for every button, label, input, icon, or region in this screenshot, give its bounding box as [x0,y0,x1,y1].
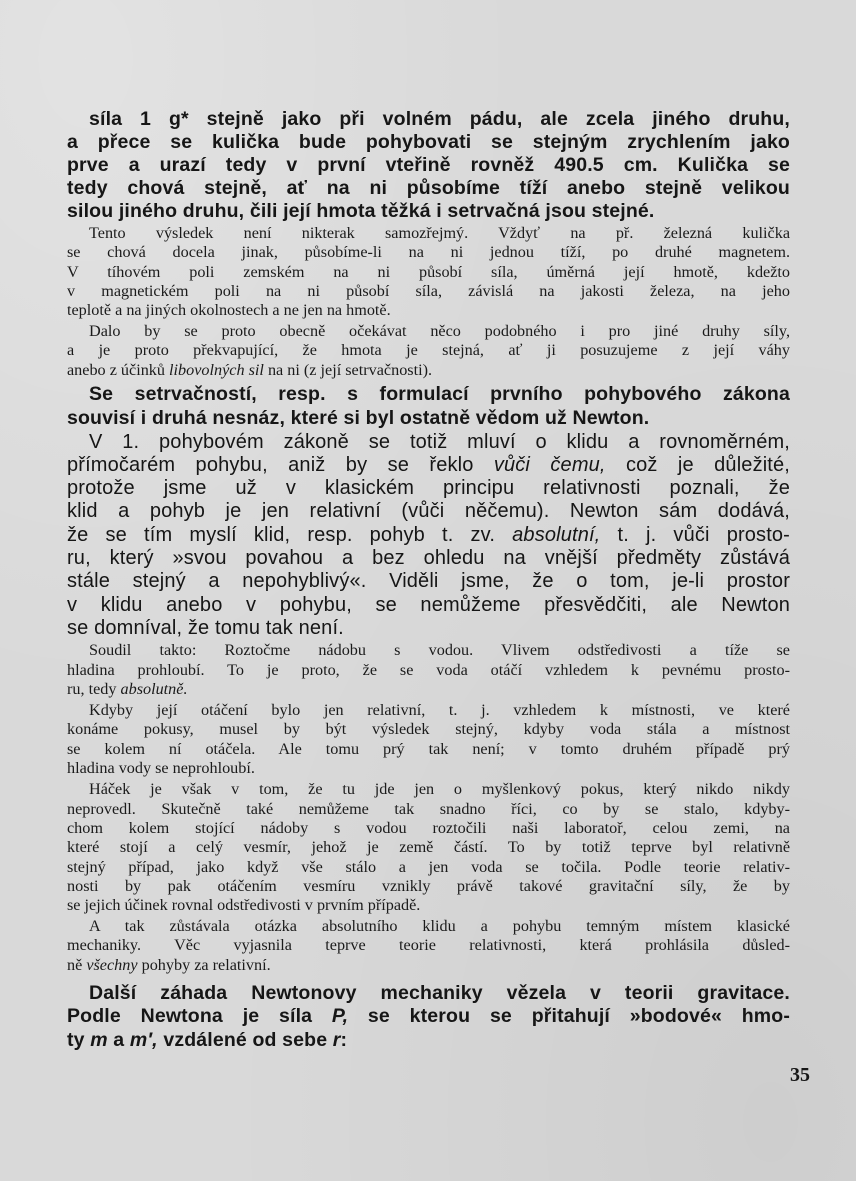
text-line: Háček je však v tom, že tu jde jen o myš… [89,780,790,799]
text-line: v klidu anebo v pohybu, se nemůžeme přes… [67,594,790,616]
text-line: a přece se kulička bude pohybovati se st… [67,131,790,153]
text-line: nosti by pak otáčením vesmíru vznikly pr… [67,877,790,896]
text-line: Dalo by se proto obecně očekávat něco po… [89,322,790,341]
text-line: tedy chová stejně, ať na ni působíme tíž… [67,177,790,199]
text-line: konáme pokusy, musel by být výsledek ste… [67,720,790,739]
text-line: mechaniky. Věc vyjasnila teprve teorie r… [67,936,790,955]
text-line: ru, který »svou povahou a bez ohledu na … [67,547,790,569]
text-line: V tíhovém poli zemském na ni působí síla… [67,263,790,282]
text-line: se jejich účinek rovnal odstředivosti v … [67,896,790,915]
book-page: síla 1 g* stejně jako při volném pádu, a… [0,0,856,1181]
text-line: protože jsme už v klasickém principu rel… [67,477,790,499]
text-line: síla 1 g* stejně jako při volném pádu, a… [89,108,790,130]
text-line: se kolem ní otáčela. Ale tomu prý tak ne… [67,740,790,759]
text-line: Kdyby její otáčení bylo jen relativní, t… [89,701,790,720]
text-line: hladina vody se neprohloubí. [67,759,790,778]
text-line: Soudil takto: Roztočme nádobu s vodou. V… [89,641,790,660]
text-line: které stojí a celý vesmír, jehož je země… [67,838,790,857]
text-line: Další záhada Newtonovy mechaniky vězela … [89,982,790,1004]
text-line: Tento výsledek není nikterak samozřejmý.… [89,224,790,243]
text-line: a je proto překvapující, že hmota je ste… [67,341,790,360]
text-line: stejný případ, jako když vše stálo a jen… [67,858,790,877]
text-line: chom kolem stojící nádoby s vodou roztoč… [67,819,790,838]
text-line: V 1. pohybovém zákoně se totiž mluví o k… [89,431,790,453]
text-line: teplotě a na jiných okolnostech a ne jen… [67,301,790,320]
text-line: ty m a m′, vzdálené od sebe r: [67,1029,790,1051]
text-line: stále stejný a nepohyblivý«. Viděli jsme… [67,570,790,592]
text-line: klid a pohyb je jen relativní (vůči něče… [67,500,790,522]
text-line: hladina prohloubí. To je proto, že se vo… [67,661,790,680]
text-line: přímočarém pohybu, aniž by se řeklo vůči… [67,454,790,476]
text-line: se chová docela jinak, působíme-li na ni… [67,243,790,262]
text-line: A tak zůstávala otázka absolutního klidu… [89,917,790,936]
text-line: se domníval, že tomu tak není. [67,617,790,639]
text-line: souvisí i druhá nesnáz, které si byl ost… [67,407,790,429]
text-line: Se setrvačností, resp. s formulací první… [89,383,790,405]
text-line: Podle Newtona je síla P, se kterou se př… [67,1005,790,1027]
page-number: 35 [790,1064,810,1087]
text-line: že se tím myslí klid, resp. pohyb t. zv.… [67,524,790,546]
text-line: prve a urazí tedy v první vteřině rovněž… [67,154,790,176]
text-line: silou jiného druhu, čili její hmota těžk… [67,200,790,222]
text-line: neprovedl. Skutečně také nemůžeme tak sn… [67,800,790,819]
text-line: v magnetickém poli na ni působí síla, zá… [67,282,790,301]
text-line: ru, tedy absolutně. [67,680,790,699]
text-line: anebo z účinků libovolných sil na ni (z … [67,361,790,380]
text-line: ně všechny pohyby za relativní. [67,956,790,975]
